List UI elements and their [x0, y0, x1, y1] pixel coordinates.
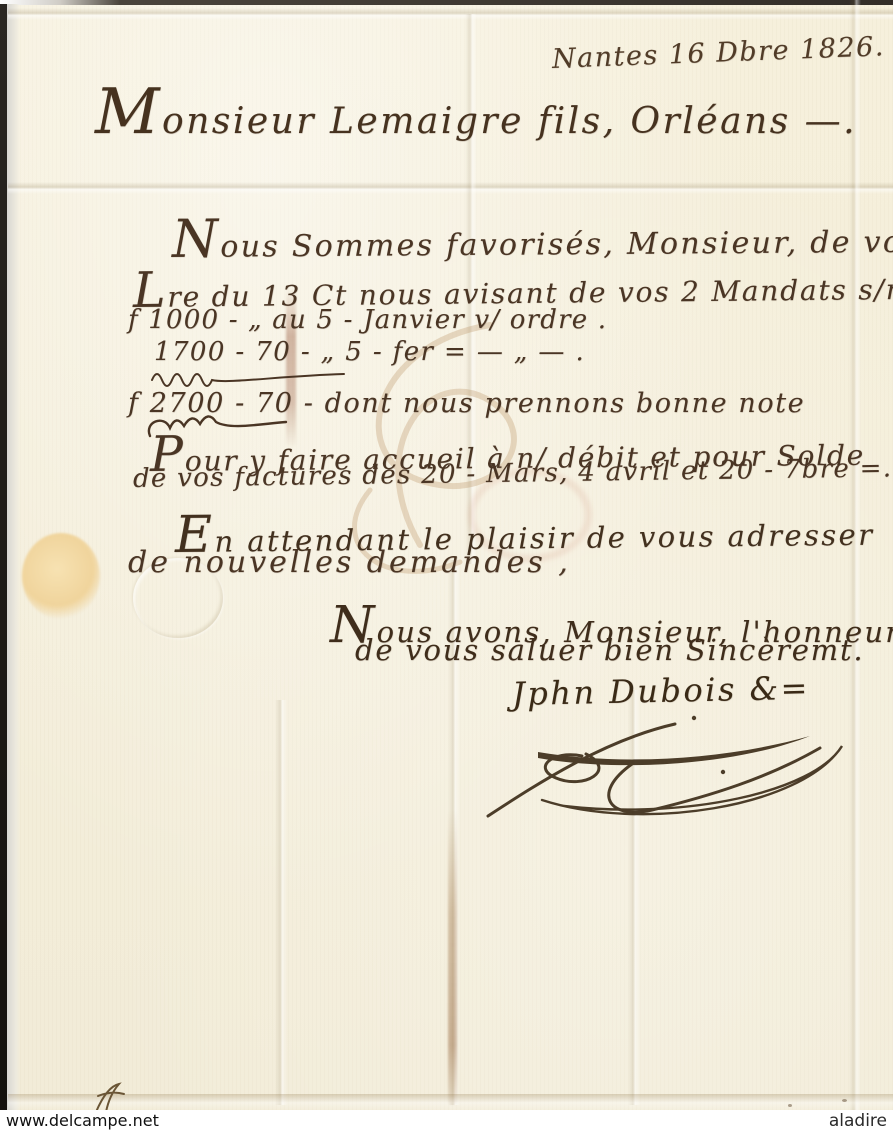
fold-crease-upper: [8, 182, 893, 194]
footer-strip: www.delcampe.net aladire: [0, 1110, 893, 1131]
letter-line: 1700 - 70 - „ 5 - fer = — „ — .: [154, 339, 585, 365]
fold-crease-right-edge: [849, 0, 861, 1110]
closing-line: de vous saluer bien Sincèremt.: [355, 636, 864, 665]
scan-left-edge: [0, 4, 7, 1110]
signature-flourish: [480, 700, 870, 820]
letter-line: Nous Sommes favorisés, Monsieur, de votr…: [172, 209, 893, 267]
fold-crease-top: [8, 8, 893, 20]
letter-line: f 1000 - „ au 5 - Janvier v/ ordre .: [128, 307, 607, 333]
center-fold-stain: [448, 810, 457, 1105]
watermark-delcampe: www.delcampe.net: [6, 1111, 159, 1130]
wax-seal-stain: [22, 533, 100, 619]
dateline: Nantes 16 Dbre 1826.: [551, 33, 885, 73]
fold-crease-left-lower: [275, 700, 287, 1105]
ink-speck: [788, 1104, 792, 1107]
paper-left-margin: [7, 4, 20, 1110]
letter-scan: Nantes 16 Dbre 1826. Monsieur Lemaigre f…: [0, 0, 893, 1131]
letter-line: de nouvelles demandes ,: [128, 548, 571, 578]
pen-mark: [88, 1080, 130, 1114]
scan-top-edge: [0, 0, 893, 5]
ink-speck: [842, 1099, 847, 1102]
fold-crease-bottom: [8, 1094, 893, 1110]
tally-squiggle-upper: [148, 366, 348, 390]
watermark-aladire: aladire: [829, 1111, 887, 1131]
address-line: Monsieur Lemaigre fils, Orléans —.: [95, 80, 857, 143]
